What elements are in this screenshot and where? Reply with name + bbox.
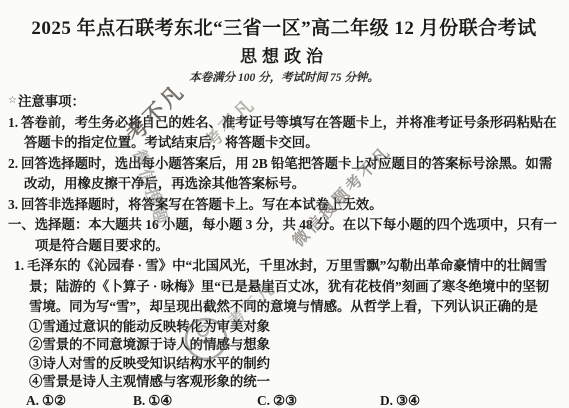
option-label: D. — [380, 393, 393, 408]
option-value: ③④ — [396, 393, 420, 408]
exam-title: 2025 年点石联考东北“三省一区”高二年级 12 月份联合考试 — [8, 14, 560, 44]
option-b: B.①④ — [133, 392, 257, 408]
notice-item-text: 回答非选择题时，将答案写在答题卡上。写在本试卷上无效。 — [21, 197, 383, 212]
option-c: C.②③ — [257, 392, 380, 408]
notice-item-number: 2. — [8, 156, 18, 171]
statement-2: ②雪景的不同意境源于诗人的情感与想象 — [29, 336, 560, 355]
options-row: A.①②B.①④C.②③D.③④ — [26, 392, 560, 408]
question-1: 1.毛泽东的《沁园春 · 雪》中“北国风光，千里冰封，万里雪飘”勾勒出革命豪情中… — [14, 256, 560, 408]
option-a: A.①② — [26, 392, 133, 408]
notice-item-text: 回答选择题时，选出每小题答案后，用 2B 铅笔把答题卡上对应题目的答案标号涂黑。… — [21, 156, 552, 192]
notice-item-text: 答卷前，考生务必将自己的姓名、准考证号等填写在答题卡上，并将准考证号条形码粘贴在… — [21, 115, 557, 151]
option-label: C. — [257, 393, 270, 408]
statement-3: ③诗人对雪的反映受知识结构水平的制约 — [29, 355, 560, 374]
option-value: ①④ — [148, 393, 172, 408]
statement-4: ④雪景是诗人主观情感与客观形象的统一 — [29, 373, 560, 392]
option-value: ②③ — [273, 393, 297, 408]
option-label: A. — [26, 393, 39, 408]
notice-item-1: 1.答卷前，考生务必将自己的姓名、准考证号等填写在答题卡上，并将准考证号条形码粘… — [8, 113, 560, 154]
notice-title: 注意事项： — [18, 94, 85, 109]
star-mark-icon: ☆ — [8, 95, 17, 106]
notice-item-2: 2.回答选择题时，选出每小题答案后，用 2B 铅笔把答题卡上对应题目的答案标号涂… — [8, 154, 560, 195]
notice-item-number: 1. — [8, 115, 18, 130]
exam-paper-page: 2025 年点石联考东北“三省一区”高二年级 12 月份联合考试 思想政治 本卷… — [0, 0, 569, 408]
question-stem-text: 毛泽东的《沁园春 · 雪》中“北国风光，千里冰封，万里雪飘”勾勒出革命豪情中的壮… — [27, 258, 549, 314]
option-label: B. — [133, 393, 145, 408]
exam-subject: 思想政治 — [8, 44, 560, 70]
question-stem: 1.毛泽东的《沁园春 · 雪》中“北国风光，千里冰封，万里雪飘”勾勒出革命豪情中… — [14, 256, 560, 318]
option-d: D.③④ — [380, 392, 420, 408]
notice-item-3: 3.回答非选择题时，将答案写在答题卡上。写在本试卷上无效。 — [8, 195, 560, 216]
notice-header: ☆注意事项： — [8, 91, 560, 113]
statement-1: ①雪通过意识的能动反映转化为审美对象 — [29, 318, 560, 337]
option-value: ①② — [42, 393, 66, 408]
paper-content: 2025 年点石联考东北“三省一区”高二年级 12 月份联合考试 思想政治 本卷… — [0, 0, 569, 408]
question-number: 1. — [14, 258, 24, 273]
exam-info-line: 本卷满分 100 分，考试时间 75 分钟。 — [8, 70, 560, 87]
section-header: 一、选择题：本大题共 16 小题，每小题 3 分，共 48 分。在以下每小题的四… — [8, 215, 560, 256]
notice-item-number: 3. — [8, 197, 18, 212]
